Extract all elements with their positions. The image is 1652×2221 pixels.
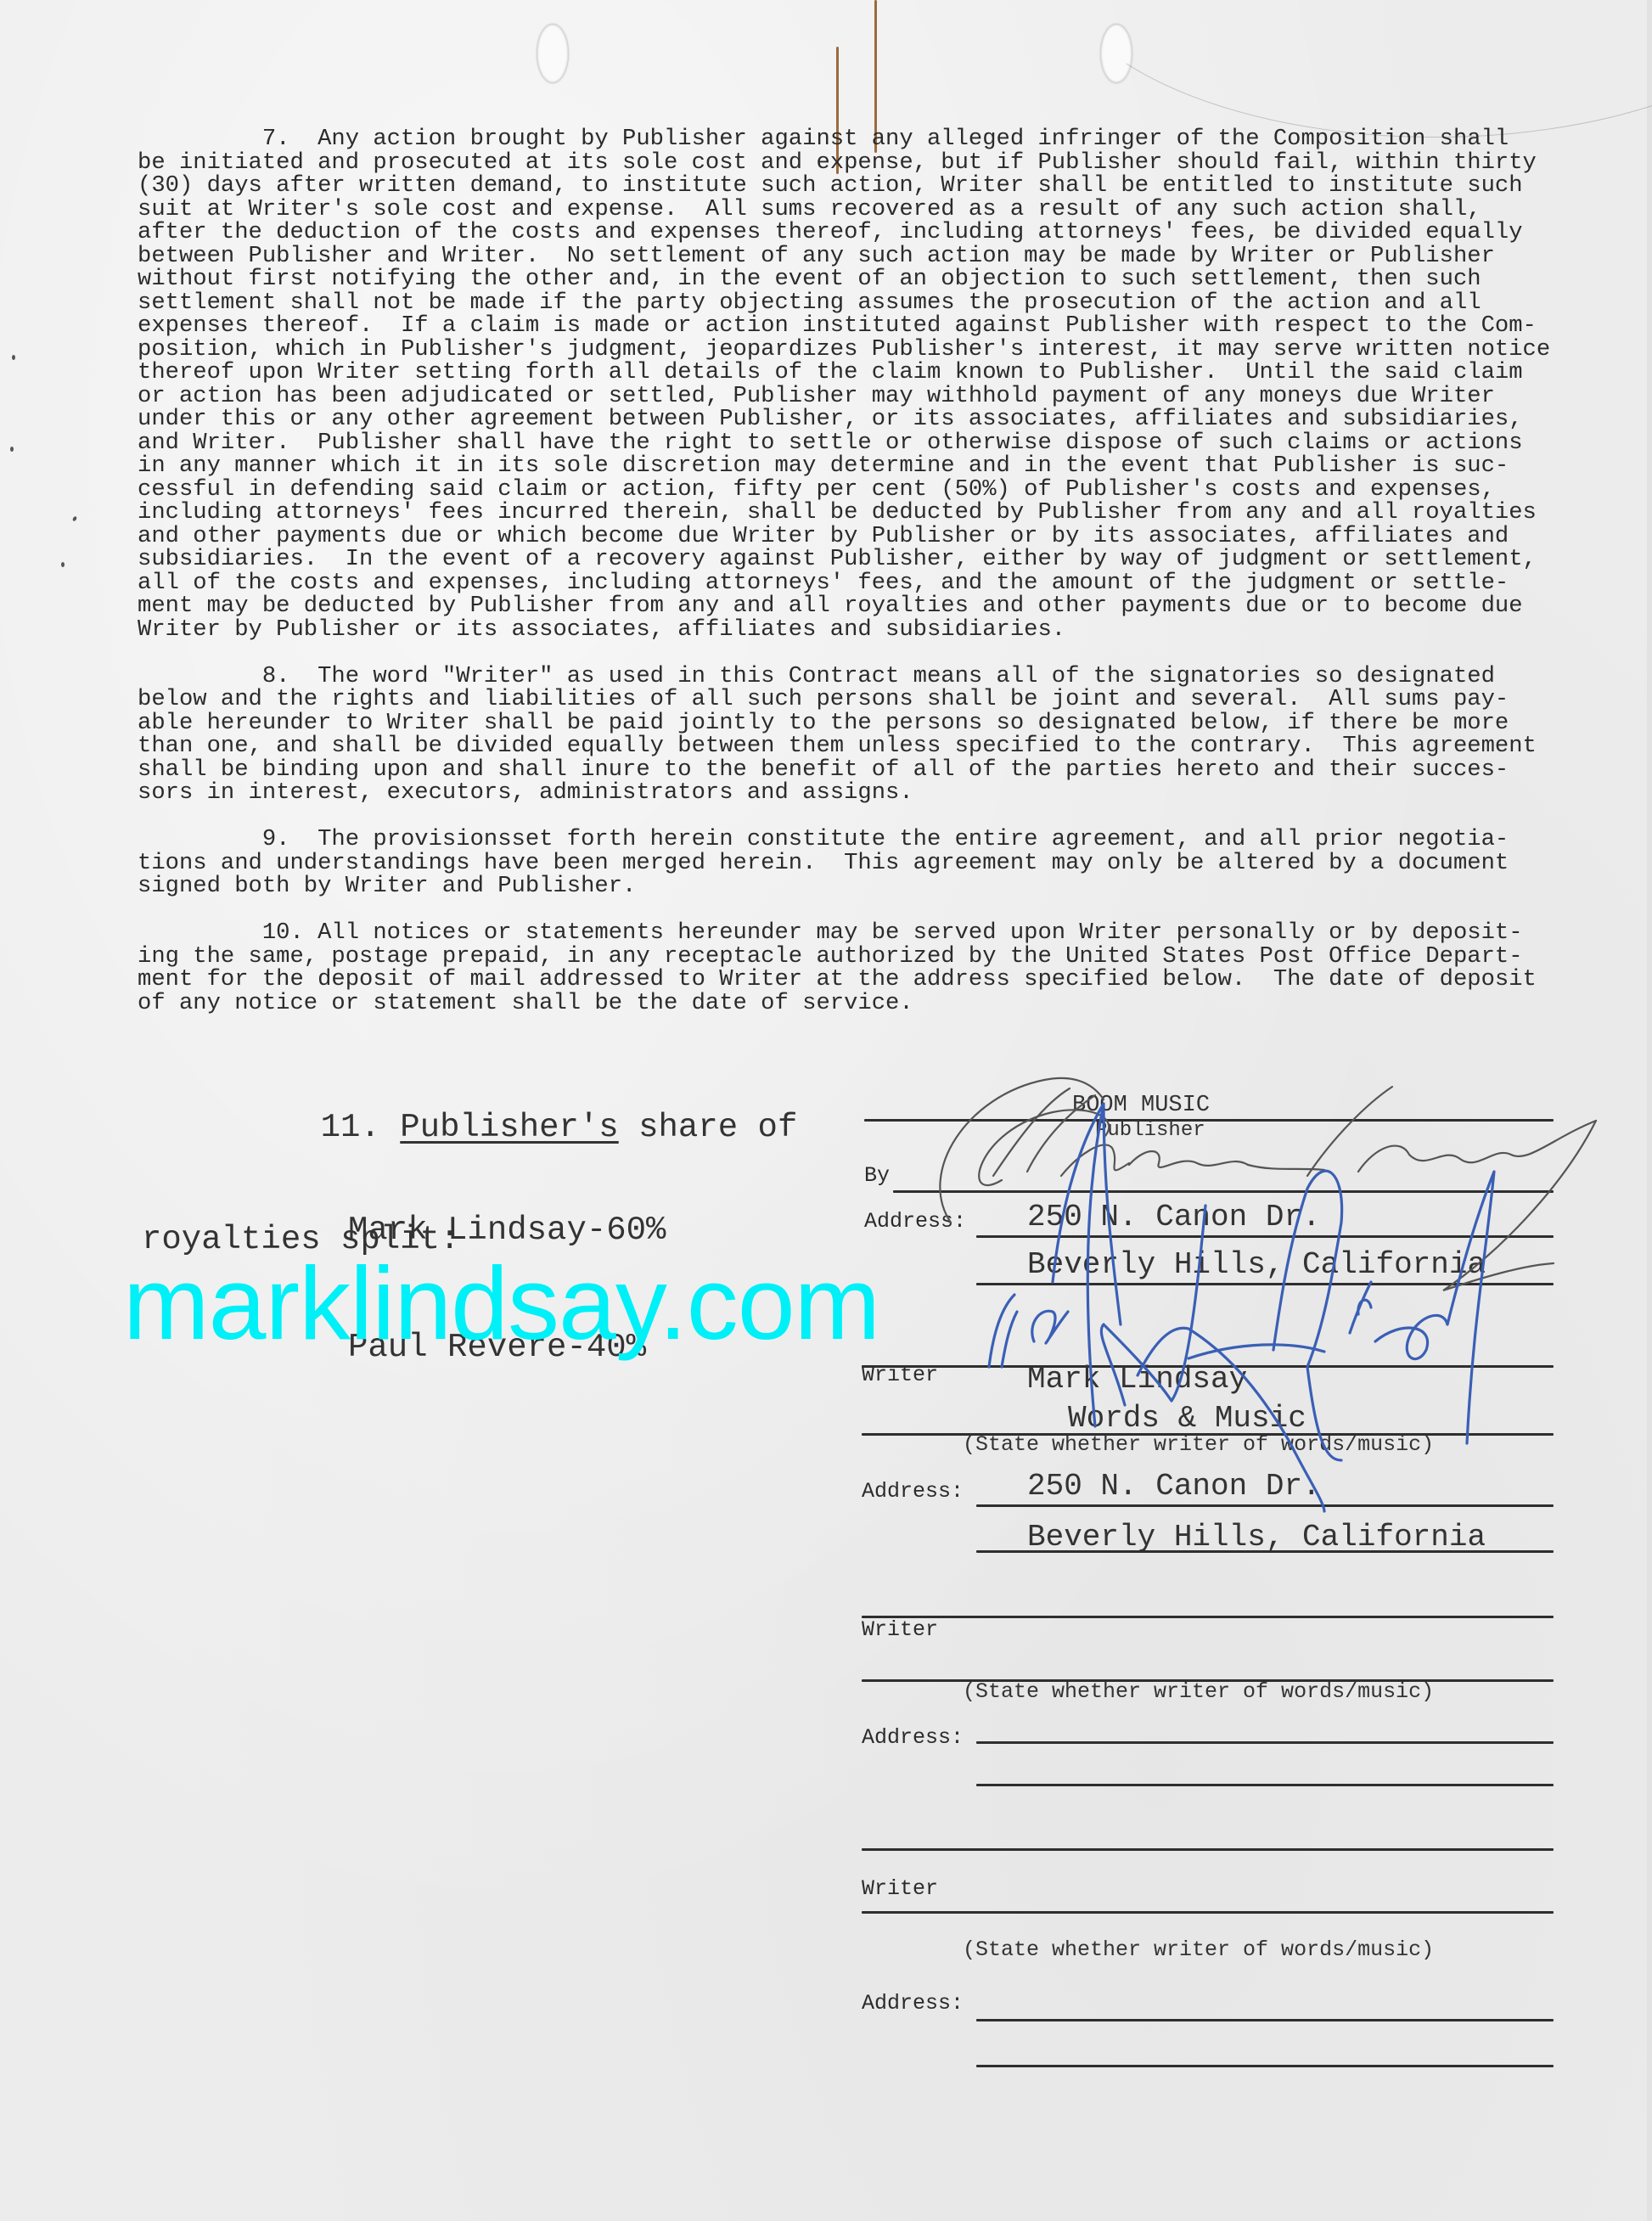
watermark-text: marklindsay.com xyxy=(123,1248,879,1358)
writer-signature-mark-lindsay xyxy=(989,1104,1494,1511)
handwritten-signatures xyxy=(0,0,1652,2221)
publisher-signature xyxy=(940,1078,1596,1290)
